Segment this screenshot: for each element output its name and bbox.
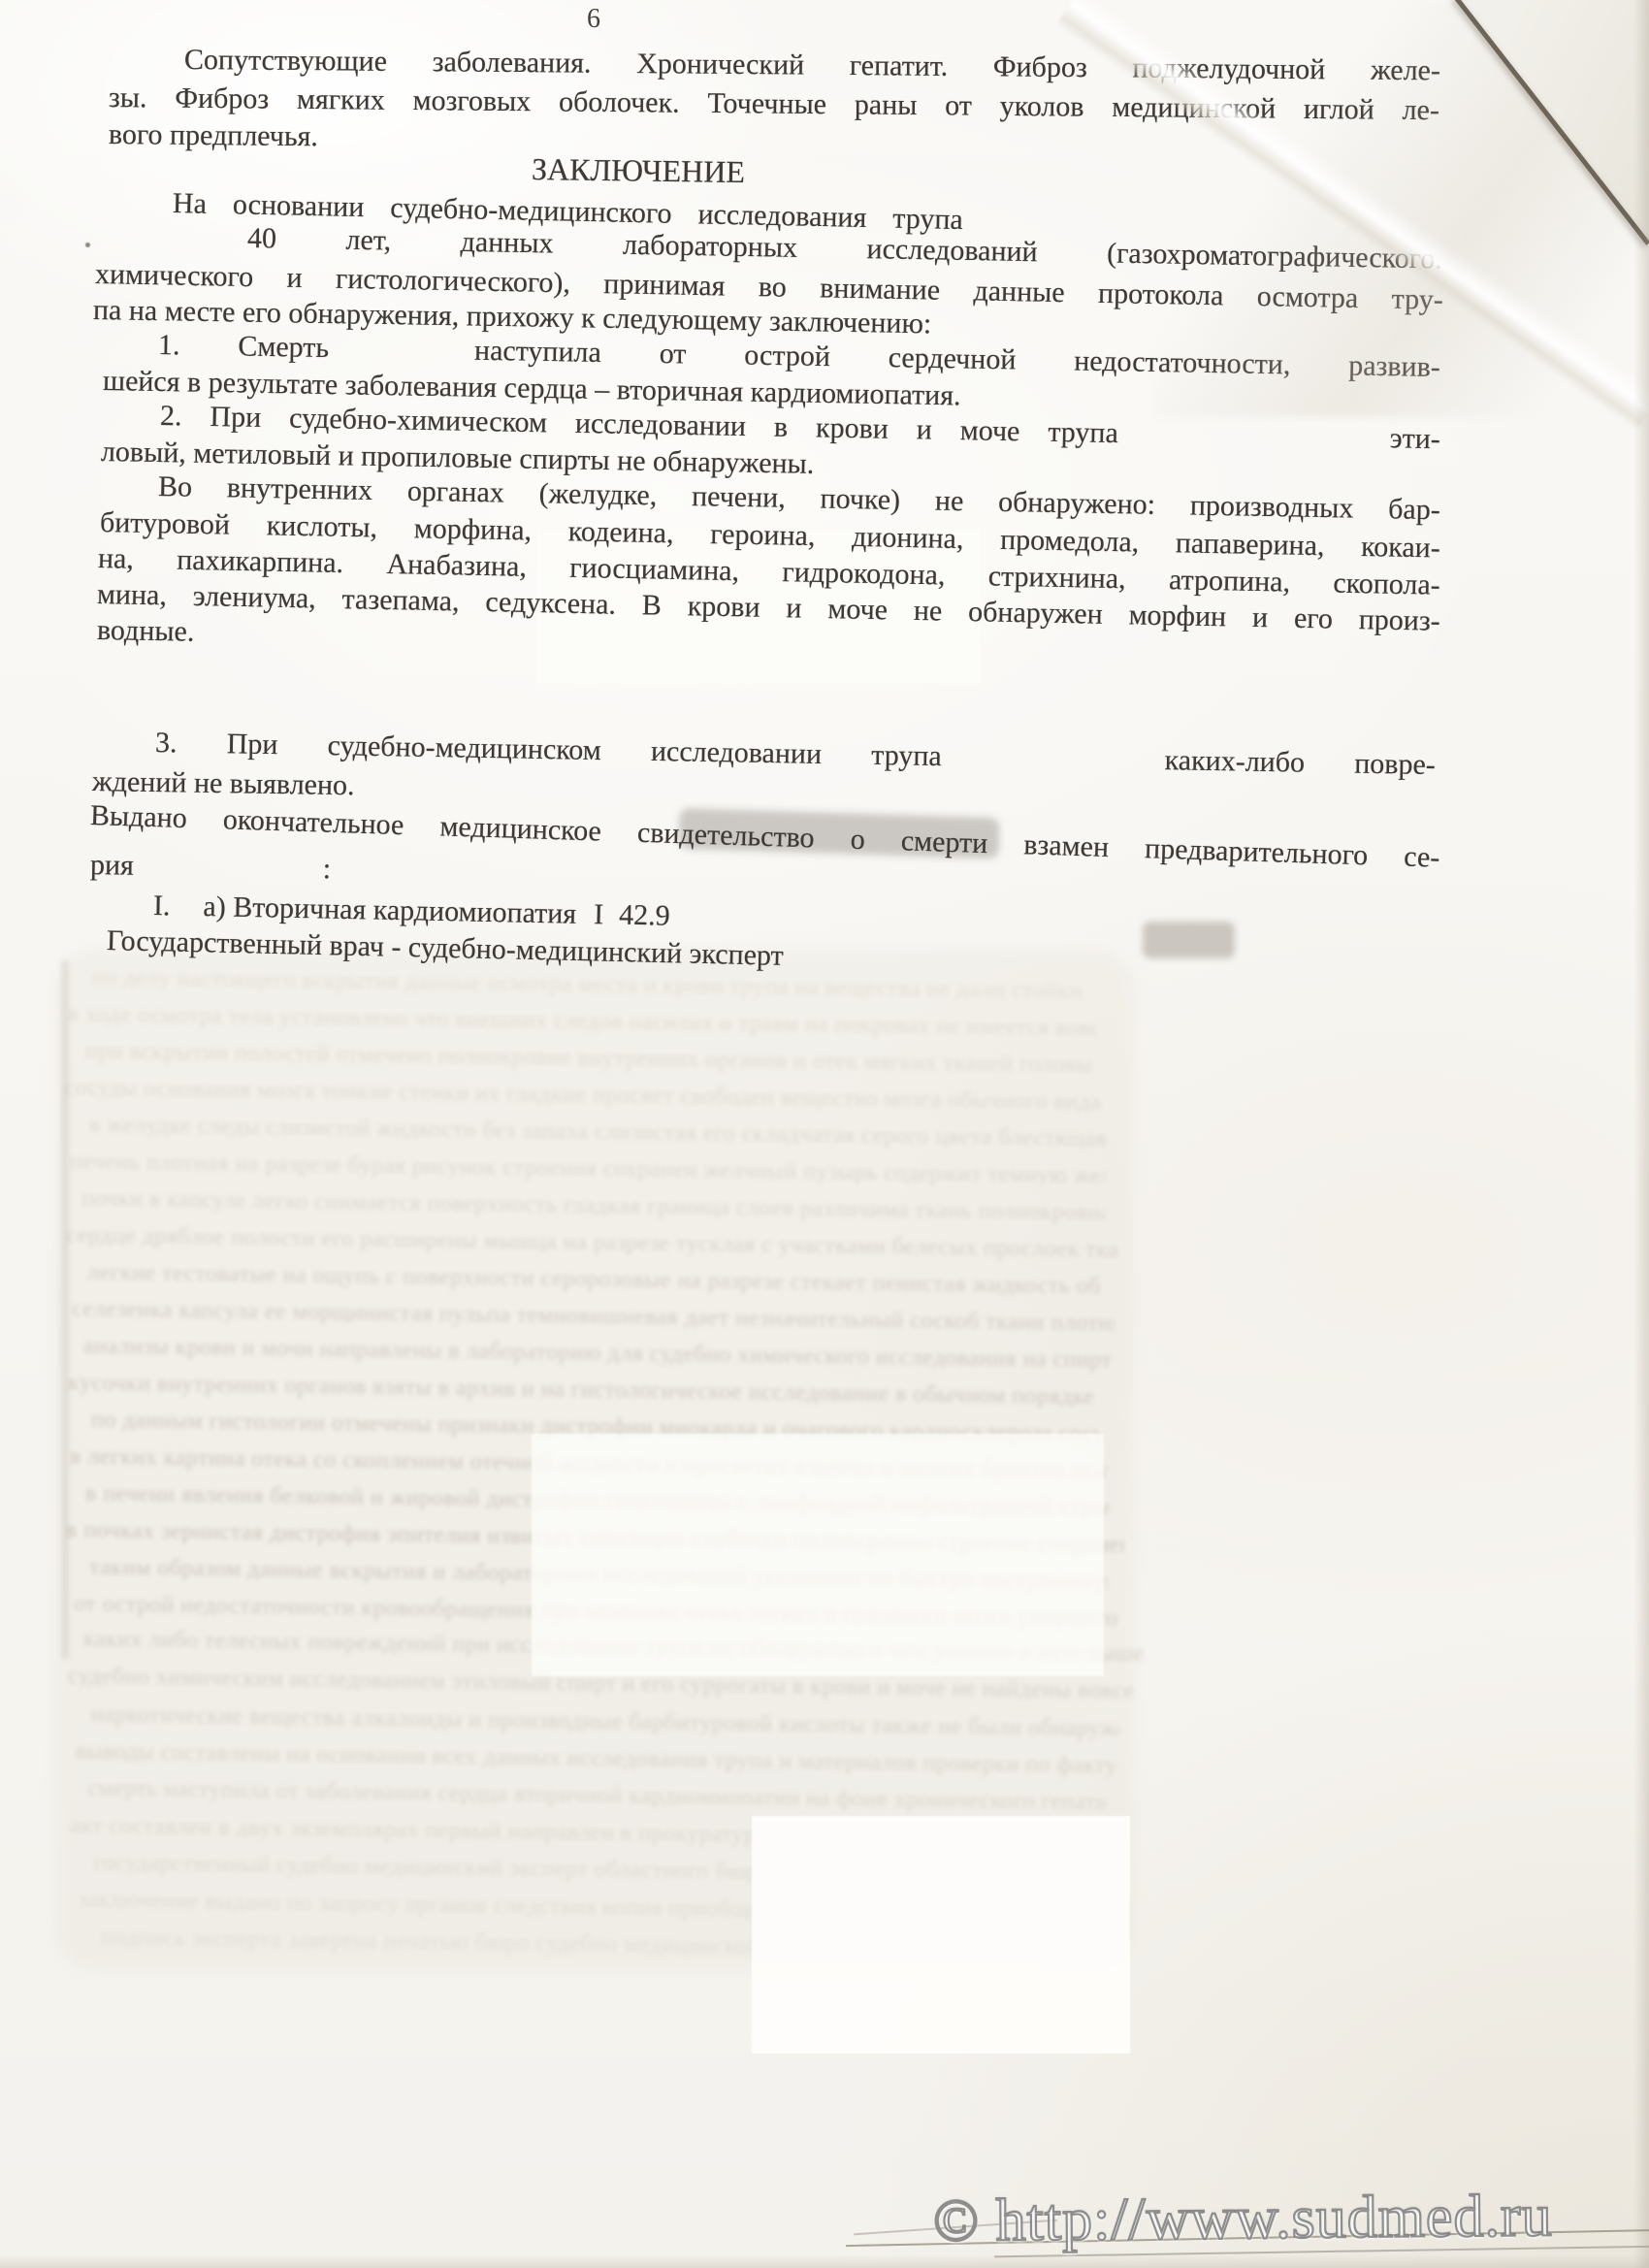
conclusion-heading: ЗАКЛЮЧЕНИЕ xyxy=(532,151,745,189)
watermark: © http://www.sudmed.ru xyxy=(933,2182,1553,2256)
page-edge-shadow-right xyxy=(1633,0,1649,2268)
text-line: водные. xyxy=(97,613,195,650)
bright-patch xyxy=(532,1434,1104,1676)
text-line: ждений не выявлено. xyxy=(92,764,355,803)
page-edge-shadow-bottom xyxy=(0,2254,1649,2268)
ink-smudge xyxy=(1143,922,1235,958)
paper-crease-streak xyxy=(62,960,68,1659)
text-line: вого предплечья. xyxy=(109,117,318,154)
bright-patch xyxy=(752,1816,1130,2054)
ink-speck xyxy=(85,243,90,247)
page-scan: по делу настоящего вскрытия данные осмот… xyxy=(0,0,1649,2268)
page-number: 6 xyxy=(587,4,600,35)
text-line: рия: xyxy=(90,848,332,887)
